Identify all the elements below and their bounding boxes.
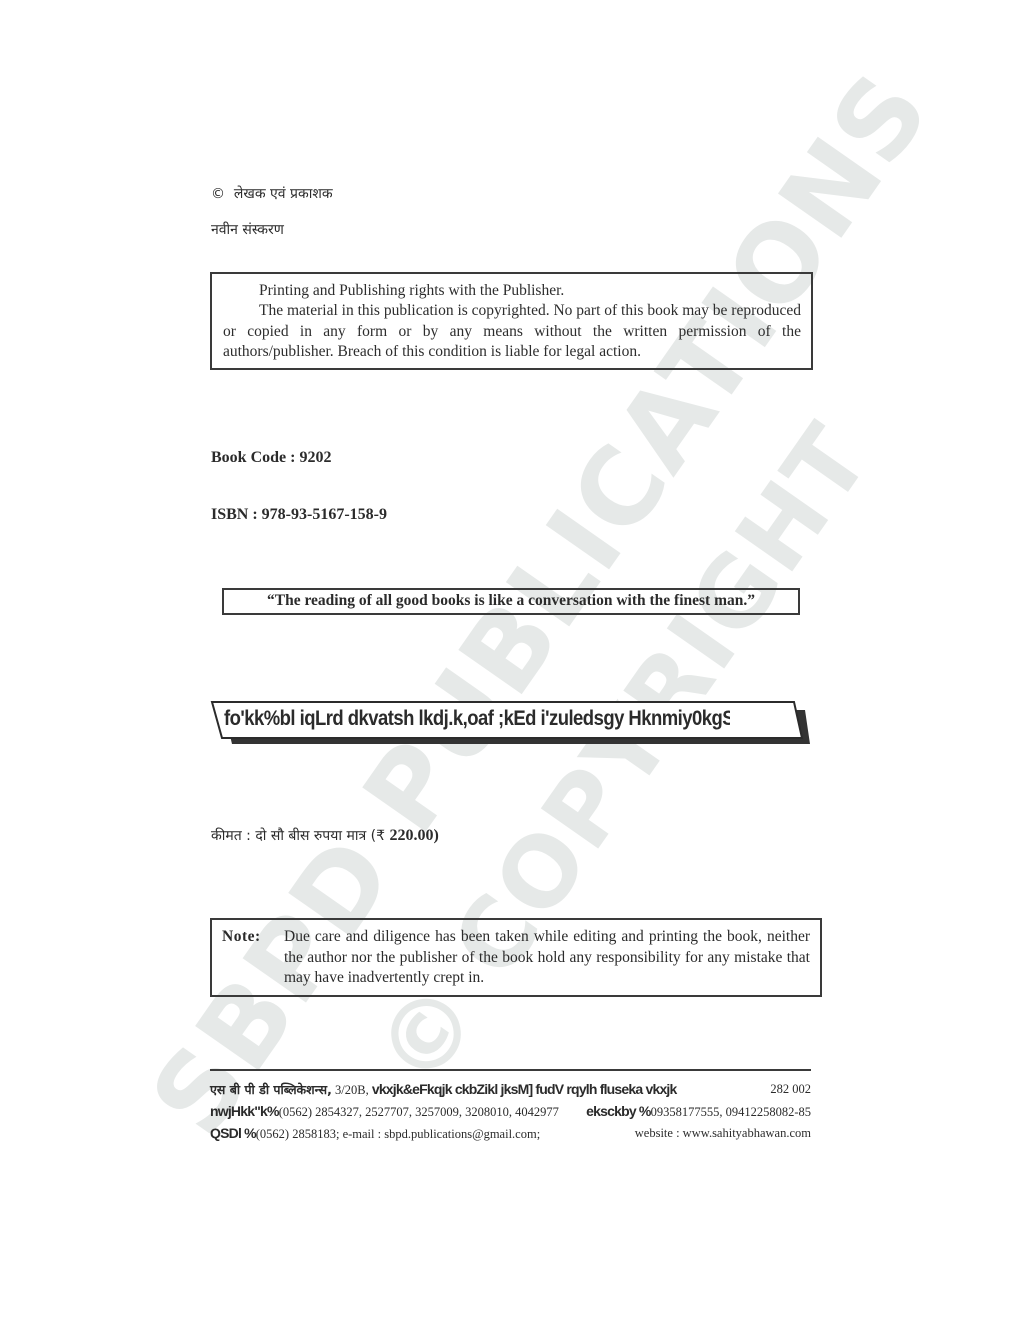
warning-banner: fo'kk%bl iqLrd dkvatsh lkdj.k,oaf ;kEd i… [210,700,810,746]
phone-label: nwjHkk"k% [210,1103,279,1119]
phone-numbers: (0562) 2854327, 2527707, 3257009, 320801… [279,1105,559,1119]
fax-label: QSDl % [210,1125,256,1141]
banner-text: fo'kk%bl iqLrd dkvatsh lkdj.k,oaf ;kEd i… [224,704,730,734]
website[interactable]: website : www.sahityabhawan.com [635,1123,811,1145]
footer-divider [210,1069,811,1071]
price-label: कीमत : दो सौ बीस रुपया मात्र (₹ [211,828,385,844]
copyright-icon: © [211,186,225,202]
book-code: Book Code : 9202 [211,449,331,467]
mobile-label: eksckby % [586,1103,650,1119]
page-content: © लेखक एवं प्रकाशक नवीन संस्करण Printing… [0,0,1020,1320]
address-prefix: 3/20B, [335,1083,369,1097]
rights-line: Printing and Publishing rights with the … [223,281,801,301]
note-label: Note: [222,927,284,989]
footer-contact-row: QSDl %(0562) 2858183; e-mail : sbpd.publ… [210,1123,811,1145]
copyright-notice: The material in this publication is copy… [223,301,801,362]
publisher-name: एस बी पी डी पब्लिकेशन्स, [210,1082,332,1097]
email[interactable]: e-mail : sbpd.publications@gmail.com; [343,1127,541,1141]
address-text: vkxjk&eFkqjk ckbZikl jksM] fudV rqylh fl… [372,1081,677,1097]
mobile-numbers: 09358177555, 09412258082-85 [651,1105,811,1119]
copyright-line: © लेखक एवं प्रकाशक [211,184,333,203]
note-box: Note: Due care and diligence has been ta… [210,918,822,997]
quote-box: “The reading of all good books is like a… [222,588,800,615]
price-line: कीमत : दो सौ बीस रुपया मात्र (₹ 220.00) [211,826,439,845]
note-text: Due care and diligence has been taken wh… [284,927,810,989]
pincode: 282 002 [770,1079,811,1101]
publisher-footer: एस बी पी डी पब्लिकेशन्स, 3/20B, vkxjk&eF… [210,1079,811,1145]
isbn: ISBN : 978-93-5167-158-9 [211,506,387,524]
footer-phone-row: nwjHkk"k%(0562) 2854327, 2527707, 325700… [210,1101,811,1123]
copyright-holder: लेखक एवं प्रकाशक [234,186,333,202]
edition-label: नवीन संस्करण [211,220,284,239]
rights-notice-box: Printing and Publishing rights with the … [210,272,813,370]
fax-number: (0562) 2858183; [256,1127,340,1141]
price-amount: 220.00) [389,827,438,844]
footer-address-row: एस बी पी डी पब्लिकेशन्स, 3/20B, vkxjk&eF… [210,1079,811,1101]
